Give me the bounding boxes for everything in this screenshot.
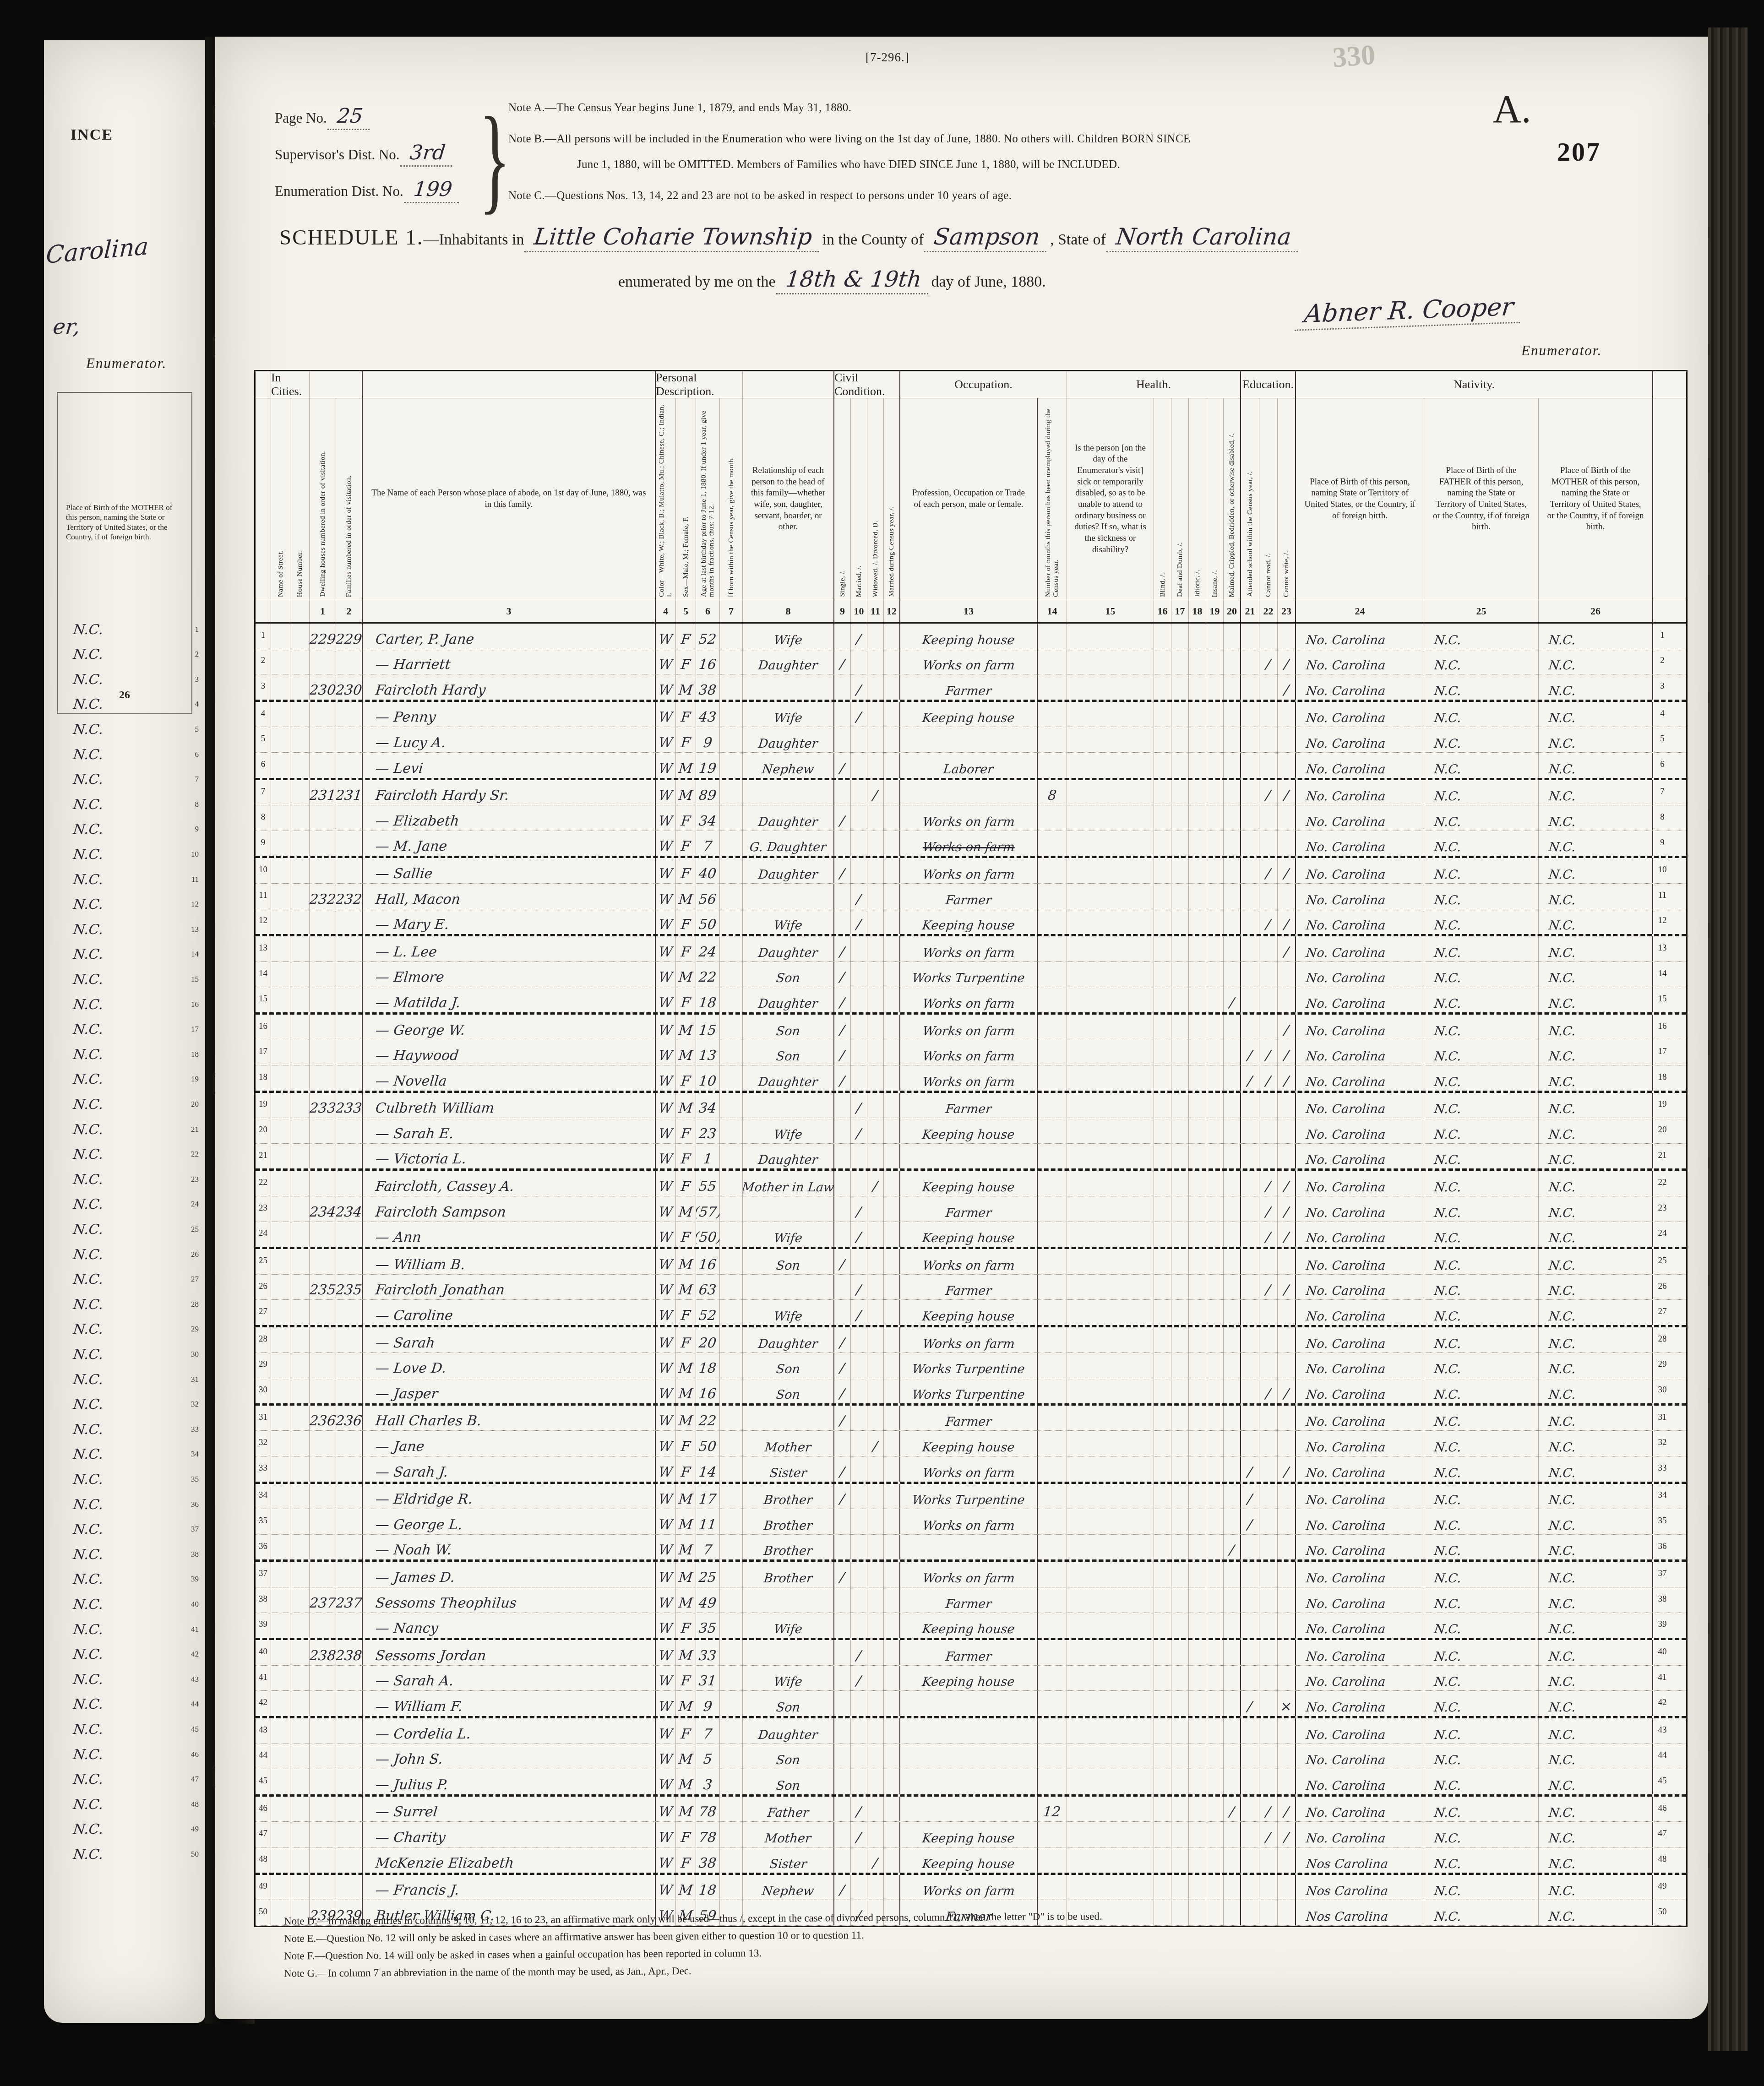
cell-c26: N.C. xyxy=(1539,753,1653,778)
value-c3: — Harriett xyxy=(375,657,451,673)
group-civil: Civil Condition. xyxy=(834,371,900,398)
cell-c10 xyxy=(851,1535,867,1560)
cell-c25: N.C. xyxy=(1424,1431,1539,1456)
cell-c22: / xyxy=(1259,1065,1278,1091)
cell-c19 xyxy=(1206,805,1224,831)
cell-c20 xyxy=(1224,1118,1241,1143)
value-c13: Works on farm xyxy=(922,1049,1015,1064)
cell-c14 xyxy=(1038,1222,1067,1247)
value-c26: N.C. xyxy=(1548,1440,1576,1455)
value-c3: — Matilda J. xyxy=(375,995,461,1011)
colnum-c11: 11 xyxy=(867,600,884,622)
cell-c9: / xyxy=(834,936,851,962)
left-birthplace-value: N.C. xyxy=(72,821,104,837)
value-c24: No. Carolina xyxy=(1305,1519,1386,1533)
cell-rownum_l: 33 xyxy=(256,1456,271,1482)
cell-house xyxy=(290,858,310,883)
cell-c24: No. Carolina xyxy=(1296,1171,1424,1196)
value-c3: Hall Charles B. xyxy=(375,1413,482,1429)
cell-c13: Keeping house xyxy=(900,1666,1038,1691)
cell-c2 xyxy=(336,1484,363,1509)
cell-house xyxy=(290,1797,310,1822)
colnum-street xyxy=(271,600,290,622)
cell-c20 xyxy=(1224,1847,1241,1873)
value-c3: — James D. xyxy=(375,1570,456,1586)
cell-c7 xyxy=(720,884,743,909)
cell-c23 xyxy=(1278,1249,1296,1274)
cell-c5: F xyxy=(676,702,696,727)
cell-c2 xyxy=(336,1691,363,1716)
cell-c5: F xyxy=(676,624,696,649)
cell-c21 xyxy=(1241,1640,1259,1665)
value-c6: 55 xyxy=(698,1179,718,1195)
value-c8: Brother xyxy=(763,1571,813,1586)
left-birthplace-value: N.C. xyxy=(72,747,104,763)
cell-c26: N.C. xyxy=(1539,1378,1653,1403)
value-c26: N.C. xyxy=(1548,868,1576,882)
cell-c2 xyxy=(336,1431,363,1456)
cell-c14 xyxy=(1038,1065,1067,1091)
table-row: 29— Love D.WM18Son/Works TurpentineNo. C… xyxy=(256,1353,1686,1379)
cell-c8: Son xyxy=(743,1769,834,1794)
cell-c26: N.C. xyxy=(1539,858,1653,883)
cell-c4: W xyxy=(656,1822,676,1847)
table-row: 36— Noah W.WM7Brother/No. CarolinaN.C.N.… xyxy=(256,1535,1686,1562)
cell-c10: / xyxy=(851,909,867,934)
table-row: 42— William F.WM9Son/×No. CarolinaN.C.N.… xyxy=(256,1691,1686,1718)
cell-c4: W xyxy=(656,1171,676,1196)
cell-c15 xyxy=(1067,1118,1154,1143)
table-row: 20— Sarah E.WF23Wife/Keeping houseNo. Ca… xyxy=(256,1118,1686,1144)
cell-c24: No. Carolina xyxy=(1296,1353,1424,1378)
cell-c3: — Charity xyxy=(363,1822,656,1847)
value-c9: / xyxy=(839,1048,846,1064)
cell-c25: N.C. xyxy=(1424,1222,1539,1247)
cell-c23 xyxy=(1278,1847,1296,1873)
cell-c5: M xyxy=(676,674,696,700)
cell-c25: N.C. xyxy=(1424,1144,1539,1169)
value-c25: N.C. xyxy=(1433,1388,1462,1402)
cell-c10 xyxy=(851,649,867,674)
cell-c14 xyxy=(1038,1327,1067,1353)
cell-c11 xyxy=(867,1065,884,1091)
cell-c22 xyxy=(1259,1406,1278,1431)
cell-c16 xyxy=(1154,1406,1171,1431)
cell-c13: Keeping house xyxy=(900,1822,1038,1847)
value-c10: / xyxy=(856,1229,862,1245)
cell-c3: — Ann xyxy=(363,1222,656,1247)
cell-c22 xyxy=(1259,1249,1278,1274)
cell-c14 xyxy=(1038,1171,1067,1196)
cell-c10: / xyxy=(851,702,867,727)
cell-c15 xyxy=(1067,1666,1154,1691)
table-row: 38237237Sessoms TheophilusWM49FarmerNo. … xyxy=(256,1587,1686,1613)
cell-c2: 235 xyxy=(336,1275,363,1300)
value-c25: N.C. xyxy=(1433,868,1462,882)
cell-c3: — Francis J. xyxy=(363,1875,656,1900)
cell-c25: N.C. xyxy=(1424,1640,1539,1665)
cell-c15 xyxy=(1067,780,1154,805)
value-c5: M xyxy=(678,682,693,698)
value-c5: M xyxy=(678,1777,693,1793)
value-c25: N.C. xyxy=(1433,893,1462,907)
cell-c6: 40 xyxy=(696,858,720,883)
cell-c20 xyxy=(1224,1691,1241,1716)
colhead-text-c3: The Name of each Person whose place of a… xyxy=(370,488,648,510)
cell-c15 xyxy=(1067,702,1154,727)
value-c13: Works on farm xyxy=(922,1075,1015,1089)
cell-c8 xyxy=(743,1406,834,1431)
cell-c12 xyxy=(884,1249,900,1274)
cell-c24: No. Carolina xyxy=(1296,1587,1424,1613)
census-page: [7-296.] 330 A. 207 Page No. 25 Supervis… xyxy=(215,37,1708,2019)
cell-c16 xyxy=(1154,649,1171,674)
left-birthplace-value: N.C. xyxy=(72,1196,104,1212)
cell-c5: M xyxy=(676,780,696,805)
cell-c6: 13 xyxy=(696,1040,720,1065)
value-c3: — Novella xyxy=(375,1073,447,1089)
cell-c7 xyxy=(720,1875,743,1900)
cell-rownum_r: 9 xyxy=(1653,831,1671,856)
cell-c3: — Jane xyxy=(363,1431,656,1456)
cell-c12 xyxy=(884,1065,900,1091)
cell-c7 xyxy=(720,1065,743,1091)
cell-c14 xyxy=(1038,1040,1067,1065)
cell-rownum_r: 3 xyxy=(1653,674,1671,700)
cell-c12 xyxy=(884,1847,900,1873)
cell-c10: / xyxy=(851,624,867,649)
cell-house xyxy=(290,1666,310,1691)
cell-c17 xyxy=(1171,1171,1189,1196)
value-c2: 230 xyxy=(336,682,363,698)
value-c10: / xyxy=(856,1648,862,1664)
value-c4: W xyxy=(658,1179,674,1195)
cell-c15 xyxy=(1067,753,1154,778)
cell-c20 xyxy=(1224,936,1241,962)
table-row: 40238238Sessoms JordanWM33/FarmerNo. Car… xyxy=(256,1640,1686,1666)
value-c24: No. Carolina xyxy=(1305,868,1386,882)
cell-rownum_l: 32 xyxy=(256,1431,271,1456)
value-c8: Son xyxy=(775,1753,800,1767)
cell-c16 xyxy=(1154,1171,1171,1196)
value-c8: Father xyxy=(767,1806,809,1820)
cell-house xyxy=(290,649,310,674)
value-c8: Daughter xyxy=(758,868,819,882)
cell-c14 xyxy=(1038,753,1067,778)
left-row-number: 2 xyxy=(195,650,199,659)
cell-c25: N.C. xyxy=(1424,780,1539,805)
cell-c9: / xyxy=(834,805,851,831)
value-c3: — Lucy A. xyxy=(375,735,446,751)
cell-c12 xyxy=(884,1822,900,1847)
cell-c12 xyxy=(884,831,900,856)
cell-c17 xyxy=(1171,727,1189,752)
cell-c21 xyxy=(1241,1118,1259,1143)
cell-c4: W xyxy=(656,1378,676,1403)
cell-c4: W xyxy=(656,1718,676,1744)
cell-c24: No. Carolina xyxy=(1296,1406,1424,1431)
value-c25: N.C. xyxy=(1433,1466,1462,1480)
value-c5: F xyxy=(680,1151,691,1167)
left-row-number: 34 xyxy=(191,1450,199,1459)
value-c3: Faircloth Sampson xyxy=(375,1204,507,1220)
left-page-row: N.C.8 xyxy=(44,790,205,815)
cell-c2: 238 xyxy=(336,1640,363,1665)
cell-c1 xyxy=(310,962,336,987)
colhead-text-c24: Place of Birth of this person, naming St… xyxy=(1303,477,1416,522)
cell-c3: — Harriett xyxy=(363,649,656,674)
cell-c4: W xyxy=(656,1040,676,1065)
value-c4: W xyxy=(658,1229,674,1245)
cell-c19 xyxy=(1206,1535,1224,1560)
cell-c21 xyxy=(1241,780,1259,805)
schedule-rest: —Inhabitants in xyxy=(423,231,524,248)
page-number-stamp: 207 xyxy=(1557,136,1601,167)
cell-rownum_l: 13 xyxy=(256,936,271,962)
cell-c17 xyxy=(1171,1406,1189,1431)
value-c5: F xyxy=(680,866,691,882)
cell-c3: — Surrel xyxy=(363,1797,656,1822)
cell-rownum_l: 43 xyxy=(256,1718,271,1744)
cell-c11 xyxy=(867,1456,884,1482)
table-row: 9— M. JaneWF7G. DaughterWorks on farmNo.… xyxy=(256,831,1686,858)
table-row: 2— HarriettWF16Daughter/Works on farm//N… xyxy=(256,649,1686,675)
value-c6: 50 xyxy=(698,917,718,933)
cell-c7 xyxy=(720,858,743,883)
value-c4: W xyxy=(658,917,674,933)
left-birthplace-value: N.C. xyxy=(72,1521,104,1537)
cell-c19 xyxy=(1206,1406,1224,1431)
cell-c8: Daughter xyxy=(743,1718,834,1744)
value-c10: / xyxy=(856,1204,862,1220)
value-c25: N.C. xyxy=(1433,1884,1462,1898)
left-row-number: 8 xyxy=(195,800,199,809)
left-row-number: 9 xyxy=(195,825,199,834)
cell-c17 xyxy=(1171,780,1189,805)
value-c8: Daughter xyxy=(758,997,819,1011)
cell-c18 xyxy=(1189,1875,1206,1900)
cell-c15 xyxy=(1067,1613,1154,1638)
cell-rownum_r: 6 xyxy=(1653,753,1671,778)
cell-c5: M xyxy=(676,1196,696,1222)
cell-c19 xyxy=(1206,780,1224,805)
cell-c25: N.C. xyxy=(1424,962,1539,987)
cell-c22 xyxy=(1259,1744,1278,1769)
value-c5: M xyxy=(678,1257,693,1273)
cell-c21 xyxy=(1241,858,1259,883)
cell-c14 xyxy=(1038,805,1067,831)
cell-c8: Son xyxy=(743,1249,834,1274)
cell-c14 xyxy=(1038,649,1067,674)
colhead-text-c17: Deaf and Dumb, /. xyxy=(1176,542,1184,597)
value-c6: 52 xyxy=(698,631,718,647)
left-birthplace-value: N.C. xyxy=(72,896,104,913)
supervisor-dist-label: Supervisor's Dist. No. xyxy=(275,147,400,163)
cell-c16 xyxy=(1154,780,1171,805)
cell-c18 xyxy=(1189,1222,1206,1247)
cell-c9 xyxy=(834,1613,851,1638)
cell-c6: 1 xyxy=(696,1144,720,1169)
cell-c20 xyxy=(1224,1587,1241,1613)
cell-c3: Faircloth Hardy xyxy=(363,674,656,700)
cell-c26: N.C. xyxy=(1539,936,1653,962)
cell-c9 xyxy=(834,674,851,700)
cell-c10: / xyxy=(851,1118,867,1143)
cell-c6: 43 xyxy=(696,702,720,727)
cell-rownum_l: 36 xyxy=(256,1535,271,1560)
value-c25: N.C. xyxy=(1433,762,1462,777)
cell-c11 xyxy=(867,1300,884,1325)
cell-c21: / xyxy=(1241,1484,1259,1509)
cell-c16 xyxy=(1154,987,1171,1012)
cell-c19 xyxy=(1206,831,1224,856)
table-row: 22Faircloth, Cassey A.WF55Mother in Law/… xyxy=(256,1171,1686,1196)
cell-rownum_r: 23 xyxy=(1653,1196,1671,1222)
cell-c19 xyxy=(1206,1378,1224,1403)
left-birthplace-value: N.C. xyxy=(72,1122,104,1138)
value-c8: Daughter xyxy=(758,815,819,829)
left-page-row: N.C.4 xyxy=(44,690,205,716)
colhead-c2: Families numbered in order of visitation… xyxy=(336,398,363,600)
cell-c10 xyxy=(851,1562,867,1587)
value-c24: Nos Carolina xyxy=(1305,1884,1388,1898)
cell-c14 xyxy=(1038,1613,1067,1638)
cell-c20 xyxy=(1224,1613,1241,1638)
cell-rownum_r: 7 xyxy=(1653,780,1671,805)
cell-c5: F xyxy=(676,936,696,962)
value-c5: F xyxy=(680,838,691,854)
cell-c11 xyxy=(867,858,884,883)
cell-c22 xyxy=(1259,727,1278,752)
cell-street xyxy=(271,884,290,909)
cell-c21 xyxy=(1241,987,1259,1012)
value-c9: / xyxy=(839,1022,846,1038)
cell-c24: No. Carolina xyxy=(1296,831,1424,856)
value-c23: / xyxy=(1283,944,1290,960)
cell-c22: / xyxy=(1259,1378,1278,1403)
value-c8: Nephew xyxy=(762,762,815,777)
value-c24: No. Carolina xyxy=(1305,737,1386,751)
cell-rownum_l: 37 xyxy=(256,1562,271,1587)
value-c6: 78 xyxy=(698,1804,718,1820)
cell-c1 xyxy=(310,1118,336,1143)
cell-c16 xyxy=(1154,831,1171,856)
cell-c6: 22 xyxy=(696,1406,720,1431)
cell-rownum_l: 26 xyxy=(256,1275,271,1300)
cell-c10: / xyxy=(851,1222,867,1247)
cell-c25: N.C. xyxy=(1424,1327,1539,1353)
cell-c18 xyxy=(1189,1196,1206,1222)
cell-c2 xyxy=(336,1847,363,1873)
cell-c17 xyxy=(1171,831,1189,856)
cell-c20 xyxy=(1224,1875,1241,1900)
value-c3: — Sarah J. xyxy=(375,1464,449,1480)
left-birthplace-value: N.C. xyxy=(72,972,104,988)
cell-c13: Farmer xyxy=(900,674,1038,700)
colhead-text-c11: Widowed, /. Divorced, D. xyxy=(871,521,879,597)
cell-c10: / xyxy=(851,1822,867,1847)
cell-c11 xyxy=(867,884,884,909)
colhead-c5: Sex—Male, M.; Female, F. xyxy=(676,398,696,600)
cell-c10 xyxy=(851,1769,867,1794)
cell-c21 xyxy=(1241,1378,1259,1403)
cell-c7 xyxy=(720,1744,743,1769)
left-birthplace-value: N.C. xyxy=(72,1146,104,1163)
cell-c16 xyxy=(1154,1769,1171,1794)
colnum-c24: 24 xyxy=(1296,600,1424,622)
value-c13: Works on farm xyxy=(922,946,1015,960)
cell-c15 xyxy=(1067,1065,1154,1091)
left-row-number: 39 xyxy=(191,1575,199,1584)
cell-c8: Wife xyxy=(743,1222,834,1247)
value-c6: 63 xyxy=(698,1282,718,1298)
cell-c25: N.C. xyxy=(1424,624,1539,649)
cell-c18 xyxy=(1189,1065,1206,1091)
cell-c9 xyxy=(834,1640,851,1665)
cell-c9 xyxy=(834,1847,851,1873)
value-c26: N.C. xyxy=(1548,1544,1576,1558)
cell-c4: W xyxy=(656,1275,676,1300)
cell-c22 xyxy=(1259,1509,1278,1534)
cell-c16 xyxy=(1154,1196,1171,1222)
value-c4: W xyxy=(658,1699,674,1715)
colhead-c20: Maimed, Crippled, Bedridden, or otherwis… xyxy=(1224,398,1241,600)
cell-c12 xyxy=(884,1196,900,1222)
cell-c12 xyxy=(884,1797,900,1822)
cell-c26: N.C. xyxy=(1539,1249,1653,1274)
cell-c17 xyxy=(1171,1822,1189,1847)
value-c6: 3 xyxy=(702,1777,713,1793)
cell-c23 xyxy=(1278,1118,1296,1143)
value-c23: / xyxy=(1283,917,1290,933)
cell-c14 xyxy=(1038,936,1067,962)
left-page-row: N.C.22 xyxy=(44,1141,205,1166)
cell-c12 xyxy=(884,1456,900,1482)
value-c24: No. Carolina xyxy=(1305,815,1386,829)
cell-c13: Farmer xyxy=(900,884,1038,909)
colnum-c14: 14 xyxy=(1038,600,1067,622)
value-c3: — Sarah E. xyxy=(375,1126,454,1142)
left-birthplace-value: N.C. xyxy=(72,722,104,738)
cell-c24: No. Carolina xyxy=(1296,1718,1424,1744)
cell-c7 xyxy=(720,1118,743,1143)
cell-c15 xyxy=(1067,1847,1154,1873)
value-c1: 230 xyxy=(310,682,336,698)
value-c13: Keeping house xyxy=(922,918,1016,933)
cell-c21 xyxy=(1241,1171,1259,1196)
value-c6: 10 xyxy=(698,1073,718,1089)
cell-c14 xyxy=(1038,624,1067,649)
cell-c21 xyxy=(1241,1300,1259,1325)
cell-rownum_r: 36 xyxy=(1653,1535,1671,1560)
cell-c12 xyxy=(884,1875,900,1900)
cell-c18 xyxy=(1189,1509,1206,1534)
cell-street xyxy=(271,1249,290,1274)
cell-house xyxy=(290,1040,310,1065)
value-c5: M xyxy=(678,1699,693,1715)
note-a: Note A.—The Census Year begins June 1, 1… xyxy=(508,102,851,114)
cell-c21 xyxy=(1241,1718,1259,1744)
cell-street xyxy=(271,1040,290,1065)
value-c4: W xyxy=(658,1335,674,1351)
value-c26: N.C. xyxy=(1548,893,1576,907)
left-page-row: N.C.18 xyxy=(44,1040,205,1065)
cell-c18 xyxy=(1189,1484,1206,1509)
cell-c11 xyxy=(867,1040,884,1065)
cell-c9 xyxy=(834,1144,851,1169)
cell-c5: F xyxy=(676,1456,696,1482)
value-c23: / xyxy=(1283,866,1290,882)
